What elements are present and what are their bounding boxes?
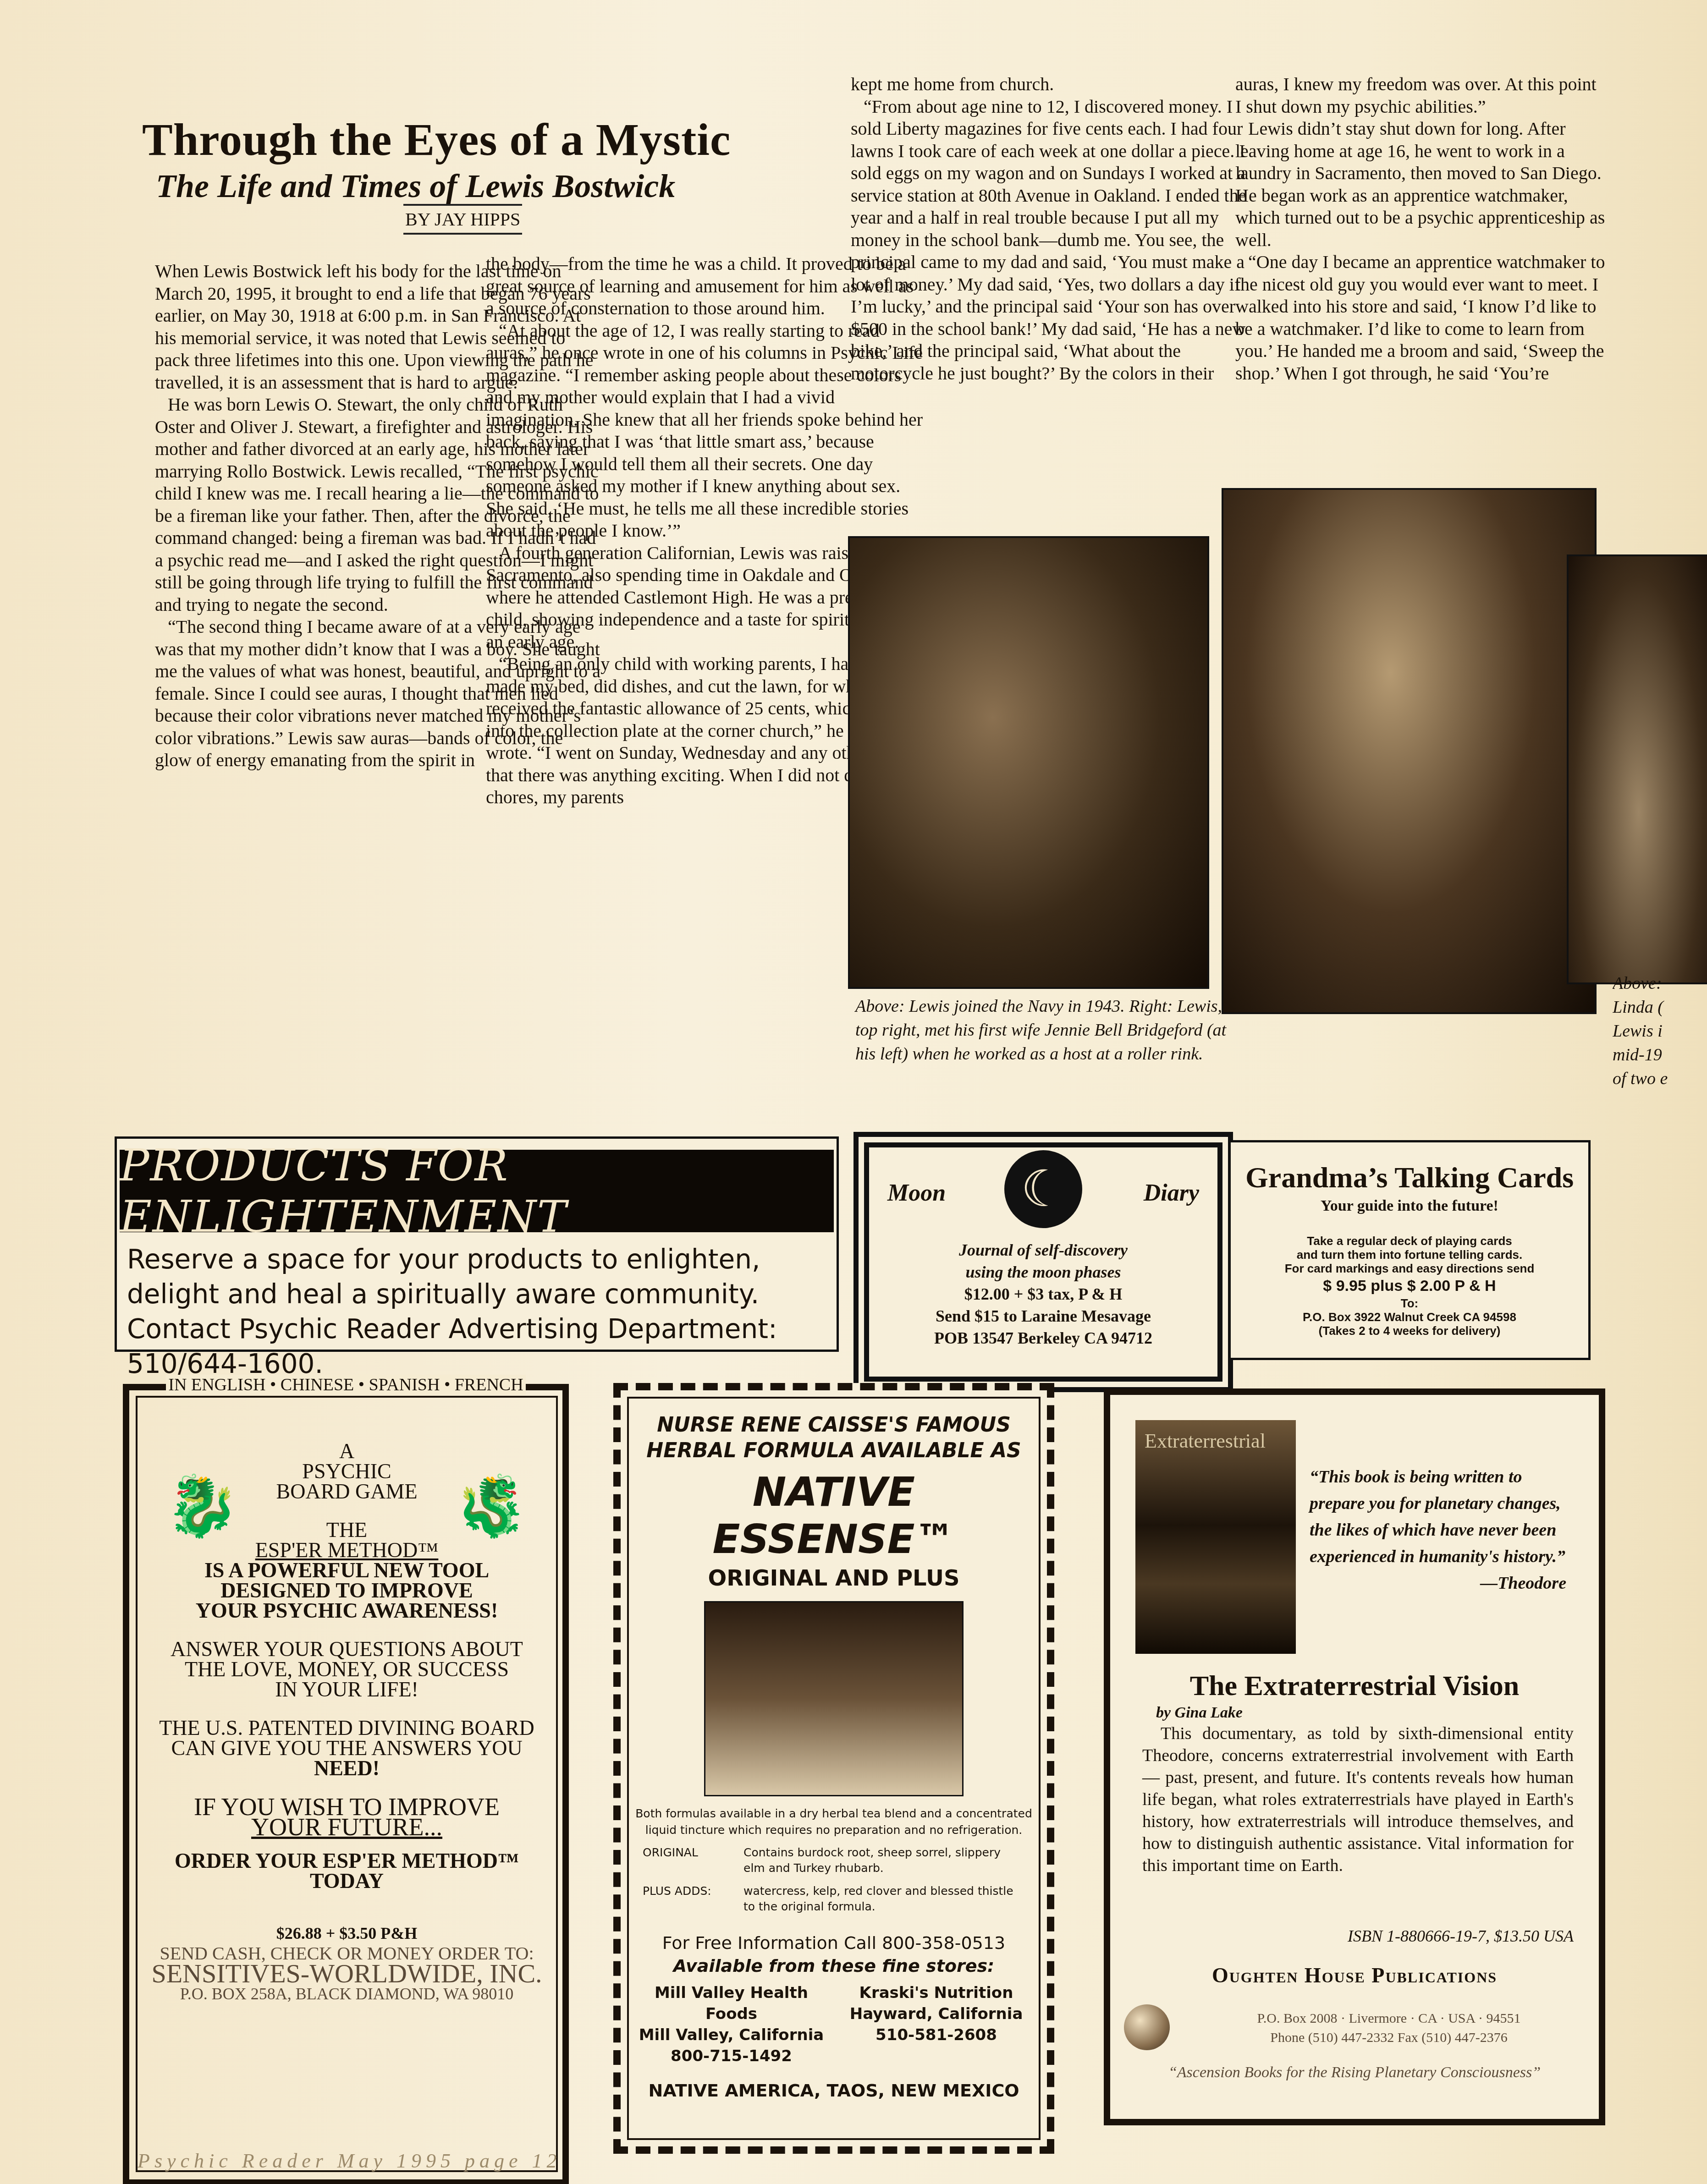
store-name: Mill Valley Health Foods: [629, 1982, 834, 2025]
ad-line: IS A POWERFUL NEW TOOL: [138, 1560, 556, 1580]
store-city: Mill Valley, California: [629, 2025, 834, 2046]
ad-languages: IN ENGLISH • CHINESE • SPANISH • FRENCH: [166, 1375, 526, 1395]
store-name: Kraski's Nutrition: [834, 1982, 1039, 2003]
ad-price: $ 9.95 plus $ 2.00 P & H: [1231, 1279, 1588, 1293]
ad-title: Grandma’s Talking Cards: [1231, 1161, 1588, 1195]
store-phone: 800-715-1492: [629, 2046, 834, 2067]
newspaper-page: Through the Eyes of a Mystic The Life an…: [0, 0, 1707, 2184]
ad-line: To:: [1231, 1296, 1588, 1310]
ad-line: For card markings and easy directions se…: [1231, 1262, 1588, 1275]
ad-line: YOUR PSYCHIC AWARENESS!: [138, 1601, 556, 1621]
caption-line: of two e: [1613, 1067, 1707, 1091]
paragraph: auras, I knew my freedom was over. At th…: [1235, 73, 1607, 118]
row-text: Contains burdock root, sheep sorrel, sli…: [743, 1845, 1025, 1876]
ad-subtitle: Your guide into the future!: [1231, 1197, 1588, 1215]
article-column-4: auras, I knew my freedom was over. At th…: [1235, 73, 1607, 384]
ad-line: THE: [138, 1520, 556, 1540]
publisher-address: P.O. Box 2008 · Livermore · CA · USA · 9…: [1197, 2009, 1580, 2028]
ad-line: THE U.S. PATENTED DIVINING BOARD: [138, 1718, 556, 1738]
ad-line: ANSWER YOUR QUESTIONS ABOUT: [138, 1639, 556, 1659]
row-text: watercress, kelp, red clover and blessed…: [743, 1883, 1025, 1915]
ingredients-table: ORIGINAL Contains burdock root, sheep so…: [643, 1845, 1025, 1915]
photo-caption-navy: Above: Lewis joined the Navy in 1943. Ri…: [855, 994, 1236, 1066]
ad-line: CAN GIVE YOU THE ANSWERS YOU: [138, 1738, 556, 1758]
ad-products-for-enlightenment: PRODUCTS FOR ENLIGHTENMENT Reserve a spa…: [115, 1136, 839, 1352]
ad-line: Take a regular deck of playing cards: [1231, 1234, 1588, 1248]
ad-line: IN YOUR LIFE!: [138, 1679, 556, 1700]
paragraph: Lewis didn’t stay shut down for long. Af…: [1235, 118, 1607, 251]
caption-line: Lewis i: [1613, 1019, 1707, 1043]
store: Mill Valley Health Foods Mill Valley, Ca…: [629, 1982, 834, 2067]
ad-line: DESIGNED TO IMPROVE: [138, 1580, 556, 1601]
ad-delivery: (Takes 2 to 4 weeks for delivery): [1231, 1324, 1588, 1338]
caption-line: Above:: [1613, 971, 1707, 995]
ad-product-name: ESP'ER METHOD™: [138, 1540, 556, 1560]
ad-line: A: [138, 1441, 556, 1461]
book-title: The Extraterrestrial Vision: [1110, 1670, 1599, 1702]
ad-body: Reserve a space for your products to enl…: [127, 1242, 827, 1381]
row-label: PLUS ADDS:: [643, 1883, 743, 1915]
store: Kraski's Nutrition Hayward, California 5…: [834, 1982, 1039, 2067]
publisher-phone: Phone (510) 447-2332 Fax (510) 447-2376: [1197, 2028, 1580, 2047]
book-cover-title: Extraterrestrial: [1145, 1430, 1266, 1452]
ad-address: P.O. BOX 258A, BLACK DIAMOND, WA 98010: [138, 1984, 556, 2004]
publisher-contact: P.O. Box 2008 · Livermore · CA · USA · 9…: [1197, 2009, 1580, 2047]
ad-phone: For Free Information Call 800-358-0513: [629, 1933, 1039, 1953]
ad-price: $12.00 + $3 tax, P & H: [869, 1283, 1217, 1305]
ad-line: TODAY: [138, 1871, 556, 1891]
ad-company: SENSITIVES-WORLDWIDE, INC.: [138, 1964, 556, 1984]
ad-send: Send $15 to Laraine Mesavage: [869, 1305, 1217, 1327]
book-cover-image: Extraterrestrial: [1135, 1420, 1296, 1654]
store-city: Hayward, California: [834, 2003, 1039, 2025]
ad-banner: PRODUCTS FOR ENLIGHTENMENT: [120, 1150, 834, 1232]
store-phone: 510-581-2608: [834, 2025, 1039, 2046]
publisher-slogan: “Ascension Books for the Rising Planetar…: [1110, 2064, 1599, 2081]
ad-moon-diary: ☾ Moon Diary Journal of self-discovery u…: [853, 1132, 1233, 1392]
ad-footer: NATIVE AMERICA, TAOS, NEW MEXICO: [629, 2080, 1039, 2101]
paragraph: “One day I became an apprentice watchmak…: [1235, 251, 1607, 384]
book-description: This documentary, as told by sixth-dimen…: [1142, 1723, 1574, 1877]
ad-price: $26.88 + $3.50 P&H: [138, 1923, 556, 1943]
ad-line: using the moon phases: [869, 1261, 1217, 1283]
byline: BY JAY HIPPS: [403, 204, 522, 235]
quote-text: “This book is being written to prepare y…: [1310, 1464, 1566, 1570]
ad-blurb: Both formulas available in a dry herbal …: [629, 1805, 1039, 1838]
photo-cropped-right: [1567, 554, 1707, 984]
paragraph: “From about age nine to 12, I discovered…: [851, 96, 1250, 385]
caption-line: Linda (: [1613, 995, 1707, 1019]
ad-headline: HERBAL FORMULA AVAILABLE AS: [629, 1438, 1039, 1464]
ad-address: POB 13547 Berkeley CA 94712: [869, 1327, 1217, 1349]
product-bottles-photo: [704, 1601, 964, 1796]
publisher-logo-icon: [1124, 2004, 1170, 2050]
article-column-3: kept me home from church. “From about ag…: [851, 73, 1250, 384]
ad-line: Journal of self-discovery: [869, 1239, 1217, 1261]
paragraph: kept me home from church.: [851, 73, 1250, 96]
ad-extraterrestrial-vision: Extraterrestrial “This book is being wri…: [1104, 1388, 1605, 2125]
ad-brand: NATIVE ESSENSE™: [629, 1468, 1039, 1563]
ad-title-left: Moon: [887, 1180, 946, 1207]
ad-subtitle: ORIGINAL AND PLUS: [629, 1565, 1039, 1591]
ad-title-right: Diary: [1144, 1180, 1199, 1207]
book-quote: “This book is being written to prepare y…: [1310, 1464, 1566, 1597]
article-title: Through the Eyes of a Mystic: [142, 113, 830, 166]
ad-address: P.O. Box 3922 Walnut Creek CA 94598: [1231, 1310, 1588, 1324]
photo-lewis-roller-rink-group: [1222, 488, 1597, 1014]
ad-line: THE LOVE, MONEY, OR SUCCESS: [138, 1659, 556, 1679]
quote-attribution: —Theodore: [1310, 1570, 1566, 1597]
book-author: by Gina Lake: [1156, 1704, 1243, 1722]
ad-line: PSYCHIC: [138, 1461, 556, 1482]
article-subtitle: The Life and Times of Lewis Bostwick: [156, 167, 843, 205]
photo-lewis-navy-with-dog: [848, 536, 1209, 989]
page-footer: Psychic Reader May 1995 page 12: [138, 2149, 562, 2173]
ad-talking-cards: Grandma’s Talking Cards Your guide into …: [1228, 1140, 1591, 1360]
row-label: ORIGINAL: [643, 1845, 743, 1876]
ad-headline: NURSE RENE CAISSE'S FAMOUS: [629, 1412, 1039, 1438]
store-list: Mill Valley Health Foods Mill Valley, Ca…: [629, 1982, 1039, 2067]
ad-availability: Available from these fine stores:: [629, 1956, 1039, 1976]
ad-line: NEED!: [138, 1758, 556, 1778]
publisher-name: Oughten House Publications: [1110, 1963, 1599, 1987]
ad-line: ORDER YOUR ESP'ER METHOD™: [138, 1851, 556, 1871]
ad-esper-method: IN ENGLISH • CHINESE • SPANISH • FRENCH …: [120, 1375, 572, 2184]
book-isbn-price: ISBN 1-880666-19-7, $13.50 USA: [1348, 1926, 1574, 1946]
caption-line: mid-19: [1613, 1043, 1707, 1067]
ad-line: and turn them into fortune telling cards…: [1231, 1248, 1588, 1262]
photo-caption-right-cropped: Above: Linda ( Lewis i mid-19 of two e: [1613, 971, 1707, 1091]
ad-native-essense: NURSE RENE CAISSE'S FAMOUS HERBAL FORMUL…: [613, 1383, 1054, 2154]
ad-line: BOARD GAME: [138, 1482, 556, 1502]
